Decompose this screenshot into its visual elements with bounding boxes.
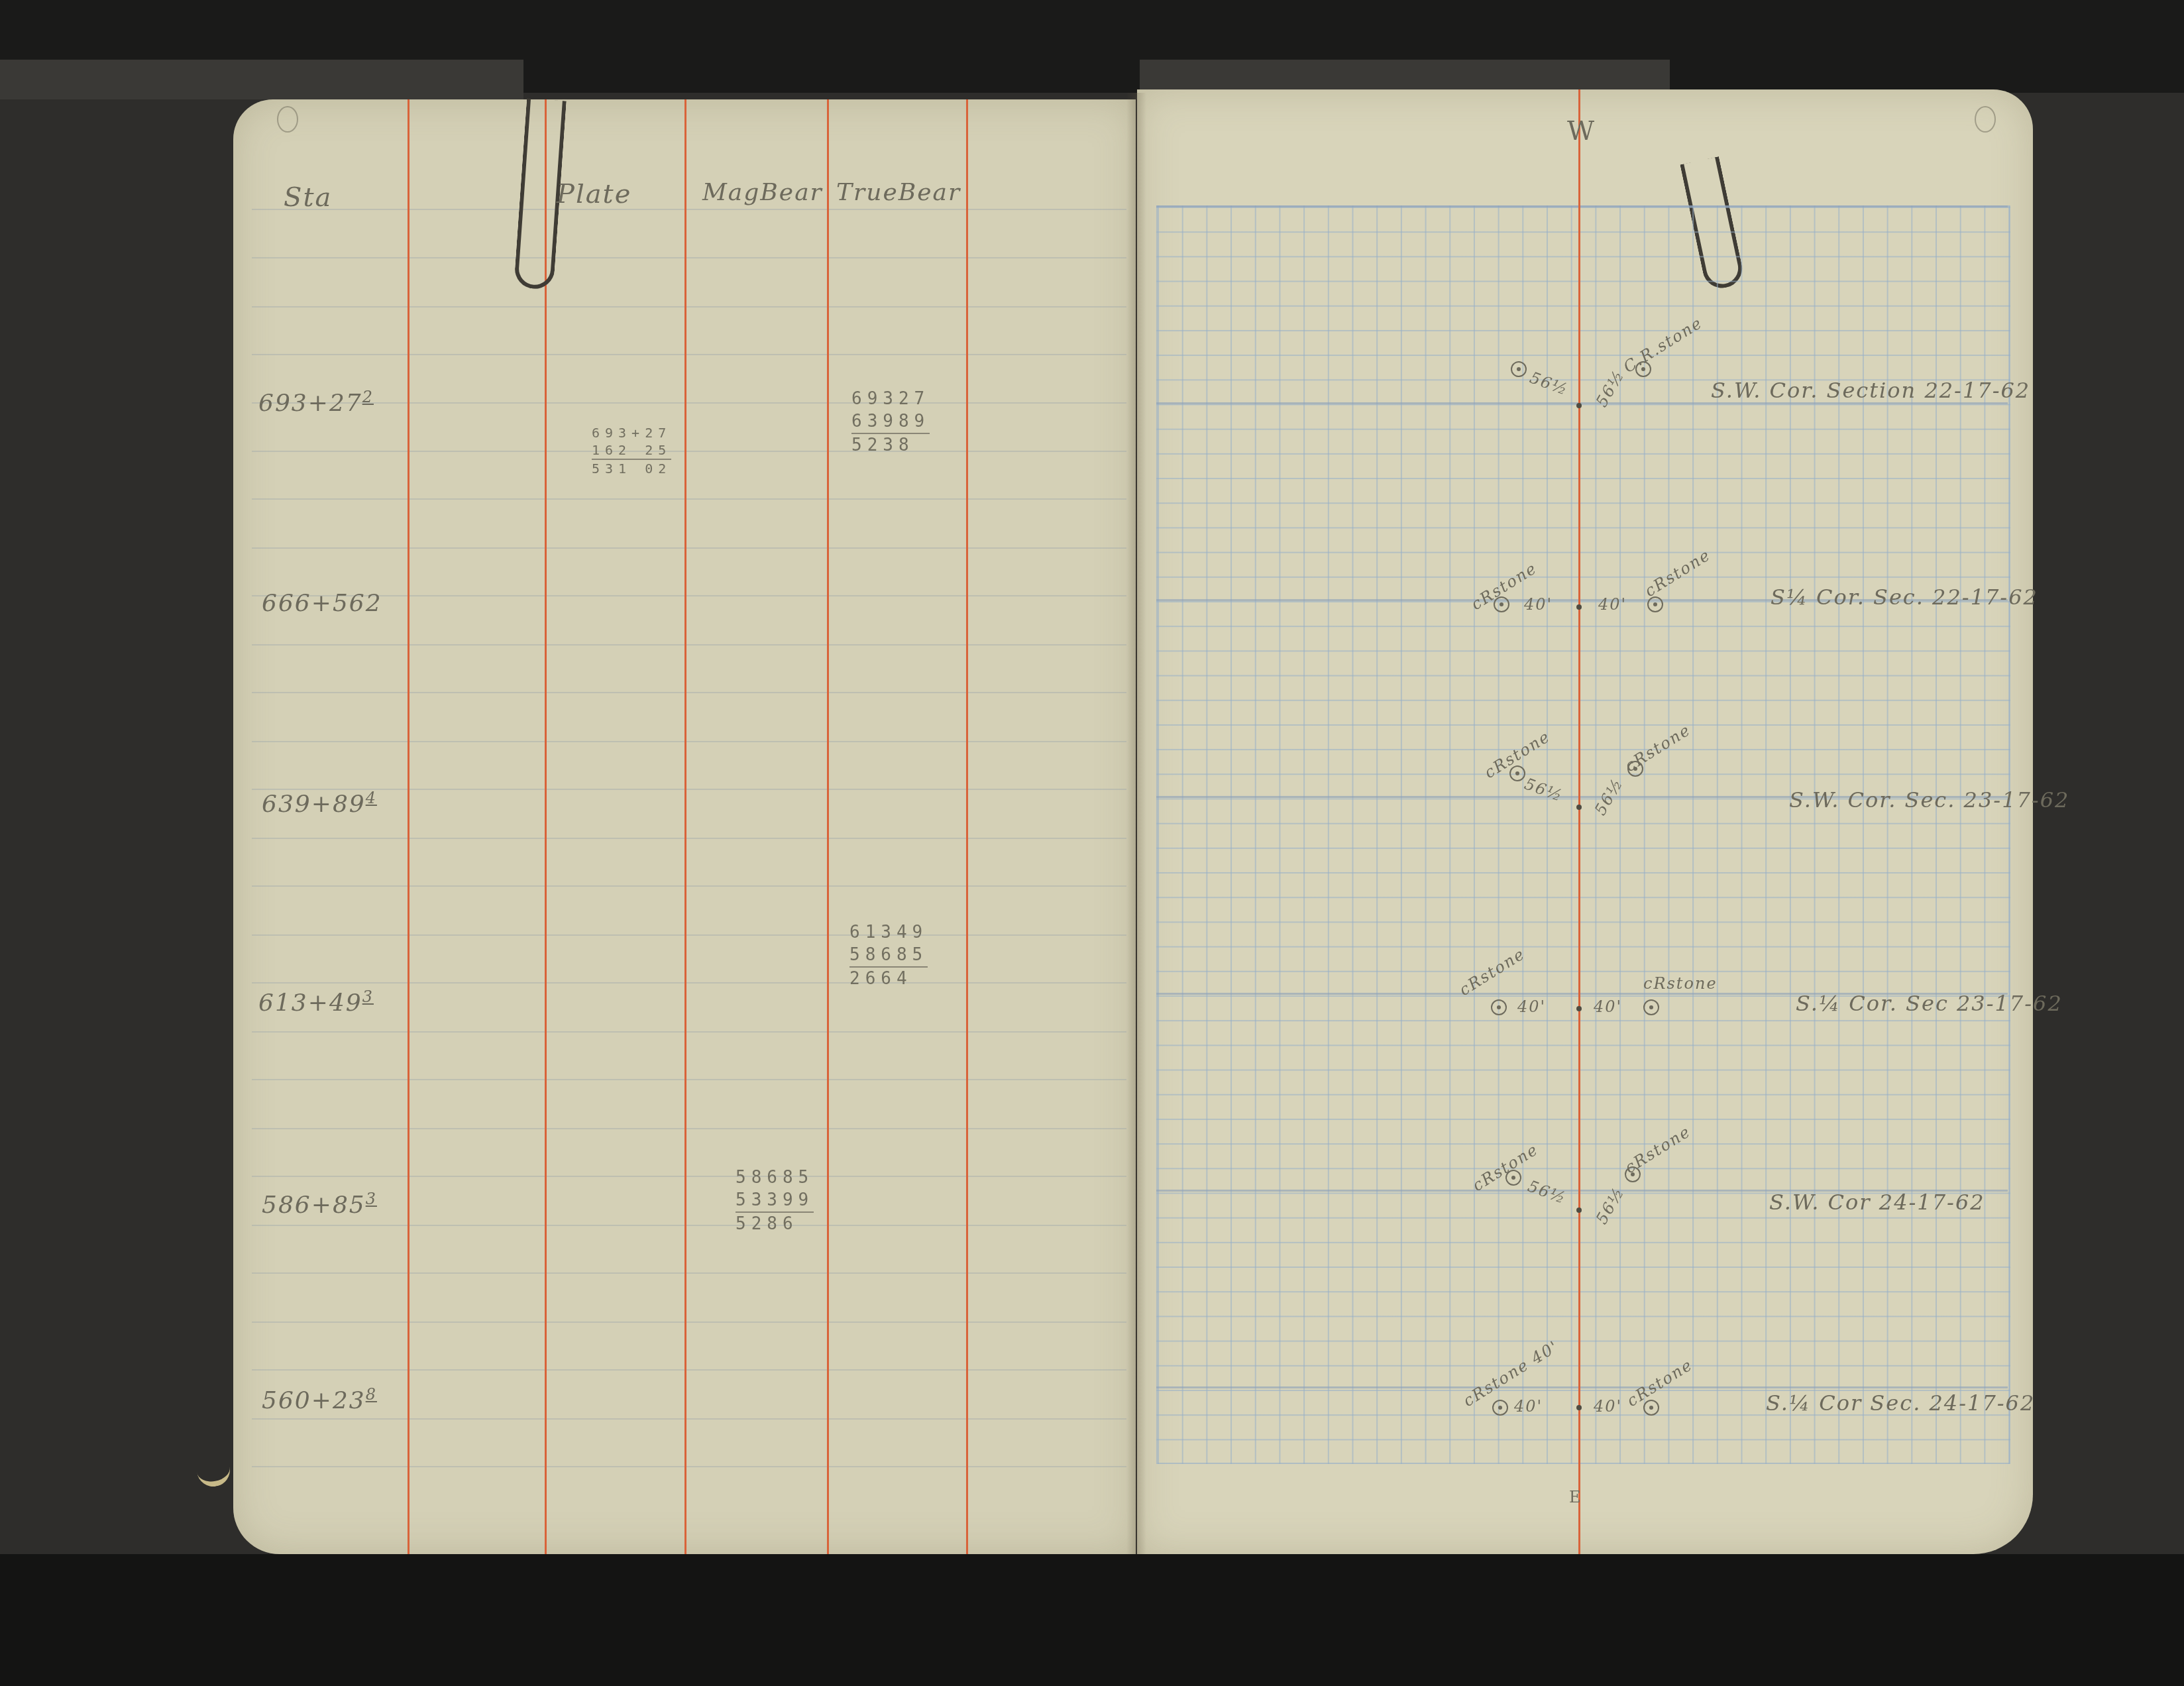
column-rule-1 [408, 99, 409, 1554]
calc-mag-bear: 58685 53399 5286 [736, 1166, 814, 1235]
station-value: 666+562 [262, 590, 382, 617]
station-value: 586+853 [262, 1190, 377, 1219]
corner-point [1576, 1405, 1582, 1410]
station-value: 639+894 [262, 789, 377, 818]
corner-point [1576, 604, 1582, 610]
center-line [1578, 89, 1580, 1554]
column-rule-2 [545, 99, 547, 1554]
corner-point [1576, 403, 1582, 408]
monument-icon [1505, 1170, 1521, 1186]
calc-true-bear-1: 69327 63989 5238 [851, 388, 930, 457]
background-shelf-left [0, 60, 523, 99]
binding-thread [195, 1459, 233, 1489]
calc-true-bear-2: 61349 58685 2664 [849, 921, 928, 990]
header-plate: Plate [557, 179, 631, 209]
monument-icon [1509, 765, 1525, 781]
header-mag-bear: MagBear [702, 179, 823, 206]
calc-plate: 693+27 162 25 531 02 [592, 424, 671, 477]
station-value: 613+493 [258, 987, 374, 1017]
monument-icon [1492, 1400, 1508, 1416]
monument-icon [1643, 999, 1659, 1015]
column-rule-3 [684, 99, 686, 1554]
page-number-left [277, 106, 298, 133]
header-true-bear: TrueBear [836, 179, 961, 206]
corner-point [1576, 1208, 1582, 1213]
corner-point [1576, 1006, 1582, 1011]
station-value: 693+272 [258, 388, 374, 417]
book-gutter [1126, 93, 1146, 1554]
direction-west: W [1567, 116, 1596, 146]
header-sta: Sta [284, 182, 332, 213]
direction-east: E [1569, 1488, 1582, 1506]
column-rule-5 [966, 99, 968, 1554]
monument-icon [1511, 361, 1527, 377]
background-bottom [0, 1554, 2184, 1686]
column-rule-4 [827, 99, 829, 1554]
monument-icon [1491, 999, 1507, 1015]
page-number-right [1975, 106, 1996, 133]
corner-point [1576, 805, 1582, 810]
station-value: 560+238 [262, 1385, 377, 1414]
monument-icon [1494, 596, 1509, 612]
